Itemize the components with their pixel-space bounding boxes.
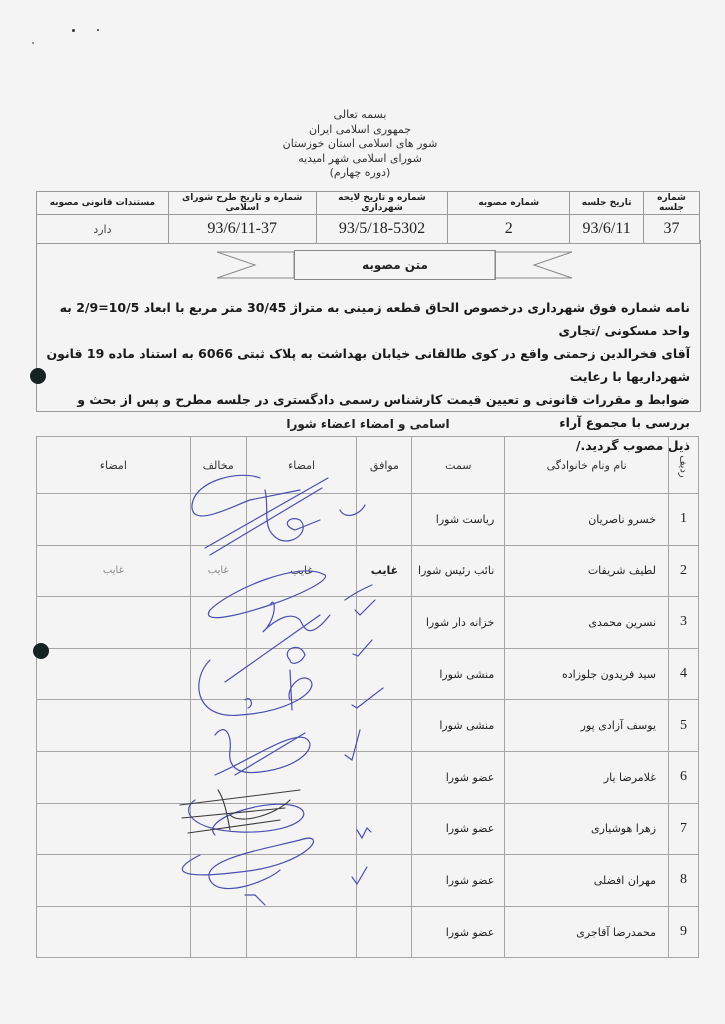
signature-2-cell: غایب bbox=[37, 545, 191, 597]
signature-cell bbox=[246, 803, 357, 855]
signature-2-cell bbox=[37, 700, 191, 752]
agree-cell bbox=[357, 906, 412, 958]
col-position: سمت bbox=[412, 437, 505, 494]
oppose-cell bbox=[190, 597, 246, 649]
resolution-line-2: آقای فخرالدین زحمتی واقع در کوی طالقانی … bbox=[40, 342, 690, 388]
row-index: 5 bbox=[669, 700, 699, 752]
row-index: 6 bbox=[669, 751, 699, 803]
oppose-cell bbox=[190, 855, 246, 907]
member-name: خسرو ناصریان bbox=[505, 494, 669, 546]
meta-table: شماره جلسه تاریخ جلسه شماره مصوبه شماره … bbox=[36, 191, 700, 244]
member-role: عضو شورا bbox=[412, 906, 505, 958]
col-signature: امضاء bbox=[246, 437, 357, 494]
signature-2-cell bbox=[37, 751, 191, 803]
table-row: 2 لطیف شریفات نائب رئیس شورا غایب غایب غ… bbox=[37, 545, 699, 597]
oppose-cell bbox=[190, 906, 246, 958]
row-index: 3 bbox=[669, 597, 699, 649]
table-row: 1 خسرو ناصریان ریاست شورا bbox=[37, 494, 699, 546]
member-name: زهرا هوشیاری bbox=[505, 803, 669, 855]
member-name: نسرین محمدی bbox=[505, 597, 669, 649]
resolution-line-1: نامه شماره فوق شهرداری درخصوص الحاق قطعه… bbox=[40, 296, 690, 342]
table-row: 9 محمدرضا آقاجری عضو شورا bbox=[37, 906, 699, 958]
agree-cell bbox=[357, 597, 412, 649]
meta-header-council-plan: شماره و تاریخ طرح شورای اسلامی bbox=[168, 192, 316, 215]
row-index: 2 bbox=[669, 545, 699, 597]
header-line-bismillah: بسمه تعالی bbox=[230, 108, 490, 123]
col-row-number: ردیف bbox=[669, 437, 699, 494]
row-index: 4 bbox=[669, 648, 699, 700]
document-header: بسمه تعالی جمهوری اسلامی ایران شور های ا… bbox=[230, 108, 490, 181]
signature-cell bbox=[246, 648, 357, 700]
binder-hole bbox=[30, 368, 46, 384]
signature-cell: غایب bbox=[246, 545, 357, 597]
member-name: لطیف شریفات bbox=[505, 545, 669, 597]
document-page: بسمه تعالی جمهوری اسلامی ایران شور های ا… bbox=[0, 0, 725, 1024]
member-name: سید فریدون جلوزاده bbox=[505, 648, 669, 700]
signature-2-cell bbox=[37, 855, 191, 907]
member-role: نائب رئیس شورا bbox=[412, 545, 505, 597]
row-index: 1 bbox=[669, 494, 699, 546]
member-role: عضو شورا bbox=[412, 803, 505, 855]
header-line-province: شور های اسلامی استان خوزستان bbox=[230, 137, 490, 152]
member-role: عضو شورا bbox=[412, 855, 505, 907]
member-role: منشی شورا bbox=[412, 700, 505, 752]
scan-speck bbox=[72, 29, 75, 32]
col-full-name: نام ونام خانوادگی bbox=[505, 437, 669, 494]
resolution-box: متن مصوبه نامه شماره فوق شهرداری درخصوص … bbox=[36, 240, 701, 412]
banner-left-ribbon-icon bbox=[215, 250, 295, 280]
agree-cell bbox=[357, 494, 412, 546]
oppose-cell bbox=[190, 648, 246, 700]
col-signature-2: امضاء bbox=[37, 437, 191, 494]
members-table: ردیف نام ونام خانوادگی سمت موافق امضاء م… bbox=[36, 436, 699, 958]
agree-cell bbox=[357, 803, 412, 855]
agree-cell bbox=[357, 855, 412, 907]
signature-cell bbox=[246, 751, 357, 803]
col-agree: موافق bbox=[357, 437, 412, 494]
members-header-row: ردیف نام ونام خانوادگی سمت موافق امضاء م… bbox=[37, 437, 699, 494]
meta-header-resolution-number: شماره مصوبه bbox=[448, 192, 570, 215]
binder-hole bbox=[33, 643, 49, 659]
agree-cell bbox=[357, 751, 412, 803]
signature-2-cell bbox=[37, 906, 191, 958]
row-index: 7 bbox=[669, 803, 699, 855]
signature-2-cell bbox=[37, 494, 191, 546]
agree-cell bbox=[357, 700, 412, 752]
header-line-city-council: شورای اسلامی شهر امیدیه bbox=[230, 152, 490, 167]
resolution-banner: متن مصوبه bbox=[215, 250, 509, 280]
signature-cell bbox=[246, 906, 357, 958]
meta-header-row: شماره جلسه تاریخ جلسه شماره مصوبه شماره … bbox=[37, 192, 700, 215]
member-role: ریاست شورا bbox=[412, 494, 505, 546]
table-row: 6 غلامرضا یار عضو شورا bbox=[37, 751, 699, 803]
meta-header-legal-docs: مستندات قانونی مصوبه bbox=[37, 192, 169, 215]
member-role: عضو شورا bbox=[412, 751, 505, 803]
oppose-cell bbox=[190, 803, 246, 855]
row-index: 8 bbox=[669, 855, 699, 907]
member-name: غلامرضا یار bbox=[505, 751, 669, 803]
table-row: 8 مهران افضلی عضو شورا bbox=[37, 855, 699, 907]
meta-header-session-number: شماره جلسه bbox=[644, 192, 700, 215]
meta-header-municipal-bill: شماره و تاریخ لایحه شهرداری bbox=[316, 192, 448, 215]
signature-cell bbox=[246, 494, 357, 546]
table-row: 5 یوسف آزادی پور منشی شورا bbox=[37, 700, 699, 752]
member-name: یوسف آزادی پور bbox=[505, 700, 669, 752]
oppose-cell bbox=[190, 700, 246, 752]
oppose-cell: غایب bbox=[190, 545, 246, 597]
col-oppose: مخالف bbox=[190, 437, 246, 494]
members-title: اسامی و امضاء اعضاء شورا bbox=[36, 417, 700, 431]
agree-cell bbox=[357, 648, 412, 700]
signature-cell bbox=[246, 700, 357, 752]
signature-2-cell bbox=[37, 803, 191, 855]
signature-cell bbox=[246, 597, 357, 649]
signature-2-cell bbox=[37, 597, 191, 649]
table-row: 4 سید فریدون جلوزاده منشی شورا bbox=[37, 648, 699, 700]
member-role: منشی شورا bbox=[412, 648, 505, 700]
scan-speck bbox=[32, 42, 34, 44]
signature-2-cell bbox=[37, 648, 191, 700]
table-row: 3 نسرین محمدی خزانه دار شورا bbox=[37, 597, 699, 649]
oppose-cell bbox=[190, 751, 246, 803]
header-line-term: (دوره چهارم) bbox=[230, 166, 490, 181]
banner-title: متن مصوبه bbox=[294, 250, 496, 280]
signature-cell bbox=[246, 855, 357, 907]
resolution-text: نامه شماره فوق شهرداری درخصوص الحاق قطعه… bbox=[40, 296, 690, 457]
member-name: مهران افضلی bbox=[505, 855, 669, 907]
banner-right-ribbon-icon bbox=[494, 250, 574, 280]
table-row: 7 زهرا هوشیاری عضو شورا bbox=[37, 803, 699, 855]
scan-speck bbox=[97, 29, 99, 31]
meta-header-session-date: تاریخ جلسه bbox=[570, 192, 644, 215]
header-line-country: جمهوری اسلامی ایران bbox=[230, 123, 490, 138]
member-role: خزانه دار شورا bbox=[412, 597, 505, 649]
agree-cell: غایب bbox=[357, 545, 412, 597]
oppose-cell bbox=[190, 494, 246, 546]
row-index: 9 bbox=[669, 906, 699, 958]
member-name: محمدرضا آقاجری bbox=[505, 906, 669, 958]
